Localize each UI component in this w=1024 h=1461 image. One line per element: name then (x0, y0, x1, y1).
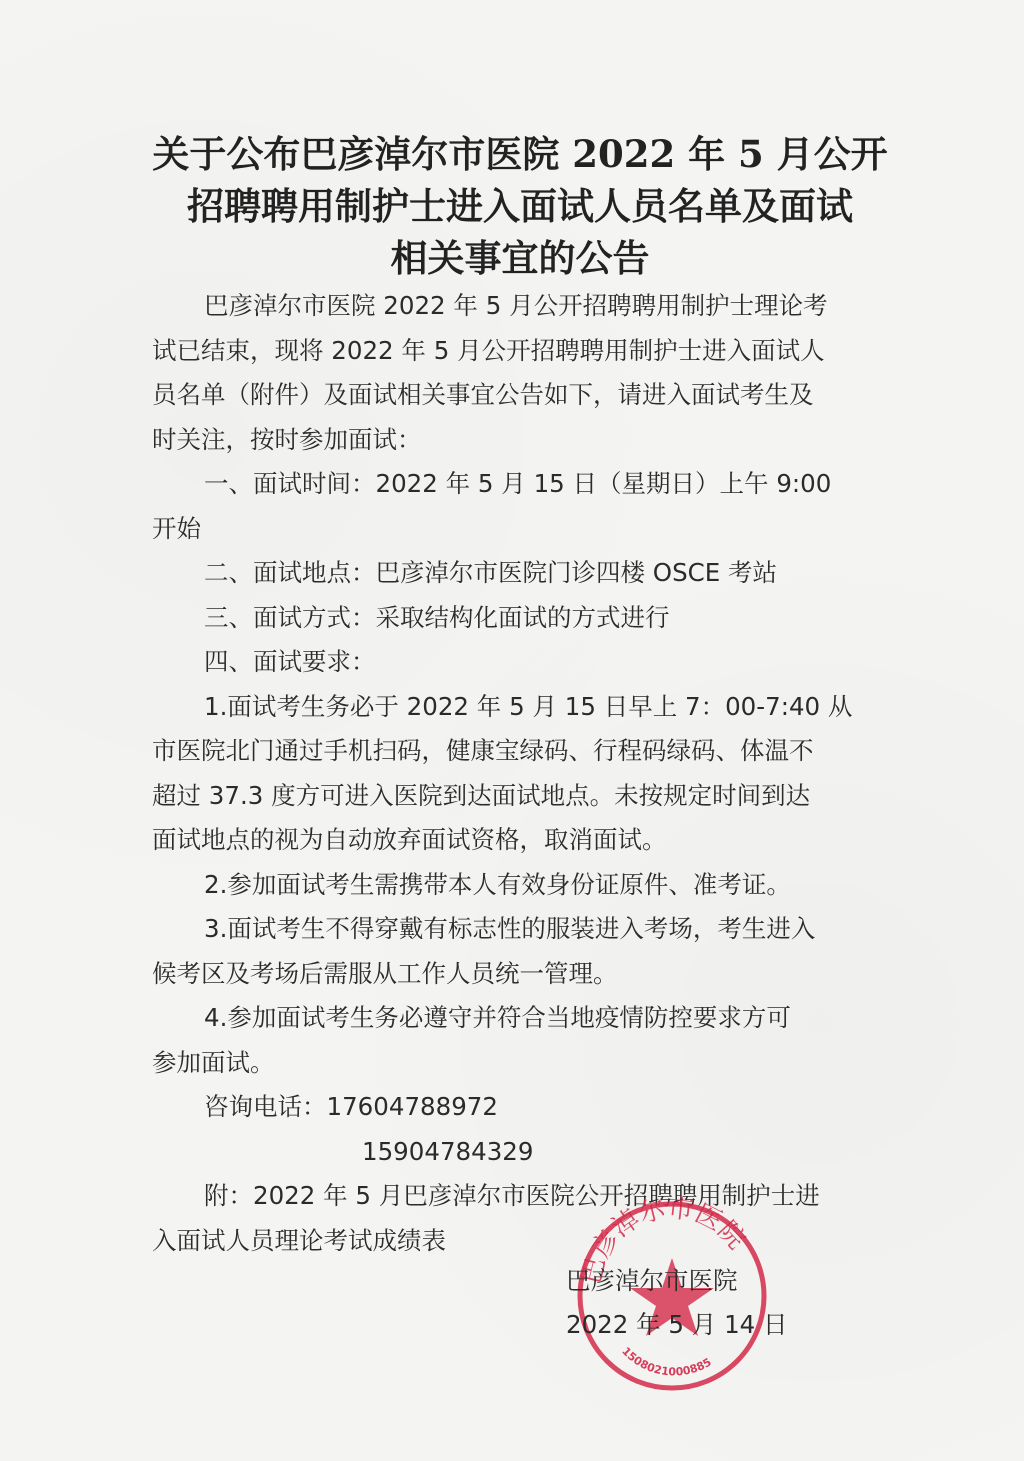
attachment-line-2: 入面试人员理论考试成绩表 (152, 1219, 882, 1264)
contact-phone-2: 15904784329 (152, 1130, 882, 1175)
intro-line-1: 巴彦淖尔市医院 2022 年 5 月公开招聘聘用制护士理论考 (152, 284, 882, 329)
req-3-line-1: 3.面试考生不得穿戴有标志性的服装进入考场，考生进入 (152, 907, 882, 952)
svg-text:1508021000885: 1508021000885 (619, 1345, 713, 1379)
item-method: 三、面试方式：采取结构化面试的方式进行 (152, 596, 882, 641)
document-title: 关于公布巴彦淖尔市医院 2022 年 5 月公开 招聘聘用制护士进入面试人员名单… (150, 128, 890, 284)
req-4-line-1: 4.参加面试考生务必遵守并符合当地疫情防控要求方可 (152, 996, 882, 1041)
req-1-line-3: 超过 37.3 度方可进入医院到达面试地点。未按规定时间到达 (152, 774, 882, 819)
signature-organization: 巴彦淖尔市医院 (566, 1262, 738, 1297)
req-1-line-4: 面试地点的视为自动放弃面试资格，取消面试。 (152, 818, 882, 863)
item-requirements-heading: 四、面试要求： (152, 640, 882, 685)
document-page: 关于公布巴彦淖尔市医院 2022 年 5 月公开 招聘聘用制护士进入面试人员名单… (0, 0, 1024, 1461)
req-1-line-2: 市医院北门通过手机扫码，健康宝绿码、行程码绿码、体温不 (152, 729, 882, 774)
req-3-line-2: 候考区及考场后需服从工作人员统一管理。 (152, 952, 882, 997)
title-line-2: 招聘聘用制护士进入面试人员名单及面试 (150, 180, 890, 232)
item-time-line-2: 开始 (152, 507, 882, 552)
item-time-line-1: 一、面试时间：2022 年 5 月 15 日（星期日）上午 9:00 (152, 462, 882, 507)
req-2: 2.参加面试考生需携带本人有效身份证原件、准考证。 (152, 863, 882, 908)
contact-phone-1: 咨询电话：17604788972 (152, 1085, 882, 1130)
attachment-line-1: 附：2022 年 5 月巴彦淖尔市医院公开招聘聘用制护士进 (152, 1174, 882, 1219)
signature-date: 2022 年 5 月 14 日 (566, 1306, 788, 1341)
title-line-1: 关于公布巴彦淖尔市医院 2022 年 5 月公开 (150, 128, 890, 180)
req-1-line-1: 1.面试考生务必于 2022 年 5 月 15 日早上 7：00-7:40 从 (152, 685, 882, 730)
item-location: 二、面试地点：巴彦淖尔市医院门诊四楼 OSCE 考站 (152, 551, 882, 596)
intro-line-4: 时关注，按时参加面试： (152, 418, 882, 463)
title-line-3: 相关事宜的公告 (150, 232, 890, 284)
intro-line-3: 员名单（附件）及面试相关事宜公告如下，请进入面试考生及 (152, 373, 882, 418)
req-4-line-2: 参加面试。 (152, 1041, 882, 1086)
intro-line-2: 试已结束，现将 2022 年 5 月公开招聘聘用制护士进入面试人 (152, 329, 882, 374)
document-body: 巴彦淖尔市医院 2022 年 5 月公开招聘聘用制护士理论考 试已结束，现将 2… (152, 284, 882, 1263)
seal-number: 1508021000885 (619, 1345, 713, 1379)
